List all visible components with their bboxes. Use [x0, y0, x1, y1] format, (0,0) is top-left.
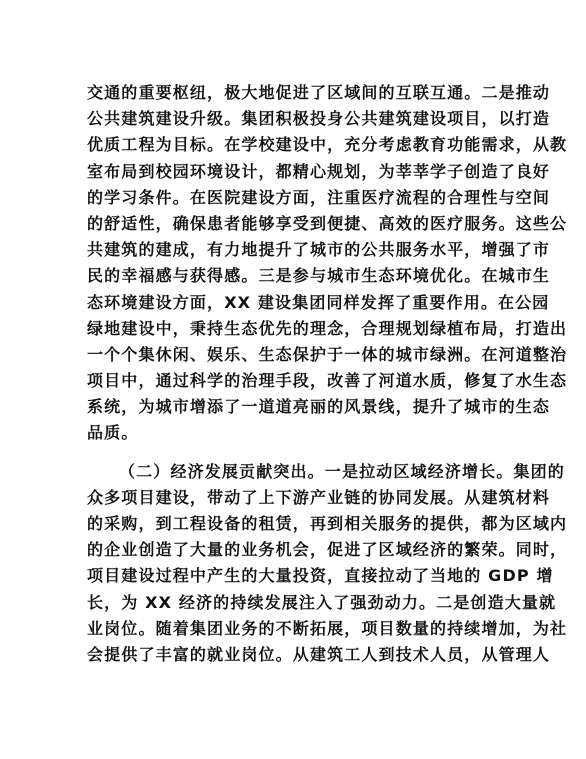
text-line: 众多项目建设，带动了上下游产业链的协同发展。从建筑材料 — [87, 485, 501, 511]
document-page: 交通的重要枢纽，极大地促进了区域间的互联互通。二是推动 公共建筑建设升级。集团积… — [0, 0, 586, 759]
text-line: 优质工程为目标。在学校建设中，充分考虑教育功能需求，从教 — [87, 132, 501, 158]
paragraph-economic-contribution: （二）经济发展贡献突出。一是拉动区域经济增长。集团的 众多项目建设，带动了上下游… — [87, 459, 501, 669]
text-line: 的舒适性，确保患者能够享受到便捷、高效的医疗服务。这些公 — [87, 211, 501, 237]
section-heading-line: （二）经济发展贡献突出。一是拉动区域经济增长。集团的 — [87, 459, 501, 485]
paragraph-urban-construction: 交通的重要枢纽，极大地促进了区域间的互联互通。二是推动 公共建筑建设升级。集团积… — [87, 80, 501, 447]
text-line: 民的幸福感与获得感。三是参与城市生态环境优化。在城市生 — [87, 263, 501, 289]
text-line: 绿地建设中，秉持生态优先的理念，合理规划绿植布局，打造出 — [87, 316, 501, 342]
text-line: 会提供了丰富的就业岗位。从建筑工人到技术人员，从管理人 — [87, 642, 501, 668]
text-line: 长，为 XX 经济的持续发展注入了强劲动力。二是创造大量就 — [87, 590, 501, 616]
text-line: 品质。 — [87, 420, 501, 446]
text-line: 业岗位。随着集团业务的不断拓展，项目数量的持续增加，为社 — [87, 616, 501, 642]
text-line: 系统，为城市增添了一道道亮丽的风景线，提升了城市的生态 — [87, 394, 501, 420]
text-line: 一个个集休闲、娱乐、生态保护于一体的城市绿洲。在河道整治 — [87, 342, 501, 368]
text-line: 态环境建设方面，XX 建设集团同样发挥了重要作用。在公园 — [87, 290, 501, 316]
text-line: 公共建筑建设升级。集团积极投身公共建筑建设项目，以打造 — [87, 106, 501, 132]
text-line: 共建筑的建成，有力地提升了城市的公共服务水平，增强了市 — [87, 237, 501, 263]
text-line: 项目中，通过科学的治理手段，改善了河道水质，修复了水生态 — [87, 368, 501, 394]
text-line: 的企业创造了大量的业务机会，促进了区域经济的繁荣。同时， — [87, 537, 501, 563]
text-line: 的学习条件。在医院建设方面，注重医疗流程的合理性与空间 — [87, 185, 501, 211]
document-body: 交通的重要枢纽，极大地促进了区域间的互联互通。二是推动 公共建筑建设升级。集团积… — [87, 80, 501, 668]
text-line: 交通的重要枢纽，极大地促进了区域间的互联互通。二是推动 — [87, 80, 501, 106]
text-line: 室布局到校园环境设计，都精心规划，为莘莘学子创造了良好 — [87, 159, 501, 185]
text-line: 项目建设过程中产生的大量投资，直接拉动了当地的 GDP 增 — [87, 563, 501, 589]
text-line: 的采购，到工程设备的租赁，再到相关服务的提供，都为区域内 — [87, 511, 501, 537]
